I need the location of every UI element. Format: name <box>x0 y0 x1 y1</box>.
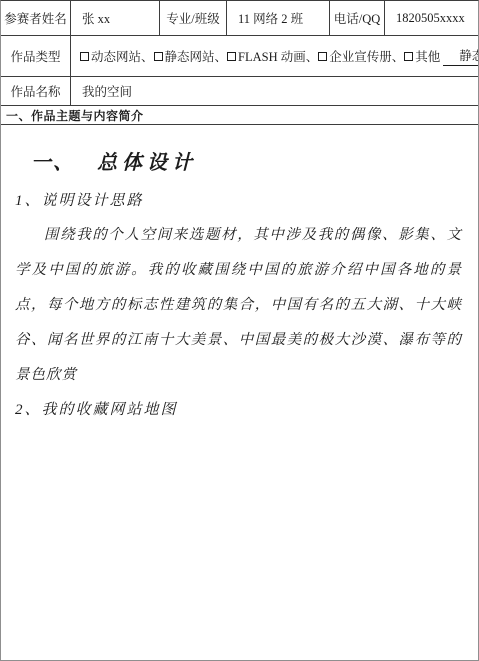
work-title-value: 我的空间 <box>71 77 478 105</box>
work-type-option-0[interactable]: 动态网站、 <box>80 47 154 65</box>
work-type-option-label: 企业宣传册、 <box>329 47 404 65</box>
phone-value: 1820505xxxx <box>385 1 478 35</box>
heading-title: 总体设计 <box>97 146 197 175</box>
document-body: 一、 总体设计 1、说明设计思路 围绕我的个人空间来选题材，其中涉及我的偶像、影… <box>1 125 478 661</box>
table-row-work-type: 作品类型 动态网站、静态网站、FLASH 动画、企业宣传册、其他静态网页 <box>1 36 478 77</box>
work-type-option-2[interactable]: FLASH 动画、 <box>227 47 318 65</box>
other-type-blank[interactable]: 静态网页 <box>443 46 478 66</box>
work-type-option-label: FLASH 动画、 <box>238 47 318 65</box>
class-value: 11 网络 2 班 <box>227 1 330 35</box>
work-type-option-label: 动态网站、 <box>91 47 154 65</box>
checkbox-icon[interactable] <box>318 52 327 61</box>
document-page: 参赛者姓名 张 xx 专业/班级 11 网络 2 班 电话/QQ 1820505… <box>0 0 479 661</box>
work-type-option-3[interactable]: 企业宣传册、 <box>318 47 404 65</box>
work-type-option-4[interactable]: 其他 <box>404 47 440 65</box>
name-value: 张 xx <box>71 1 160 35</box>
work-type-options: 动态网站、静态网站、FLASH 动画、企业宣传册、其他静态网页 <box>71 36 478 76</box>
body-heading: 一、 总体设计 <box>31 146 462 175</box>
heading-number: 一、 <box>31 146 75 175</box>
body-item-1: 1、说明设计思路 <box>15 189 462 213</box>
checkbox-icon[interactable] <box>80 52 89 61</box>
table-row-work-title: 作品名称 我的空间 <box>1 77 478 106</box>
work-type-option-1[interactable]: 静态网站、 <box>154 47 228 65</box>
work-type-label: 作品类型 <box>1 36 71 76</box>
work-title-label: 作品名称 <box>1 77 71 105</box>
work-type-option-label: 静态网站、 <box>165 47 228 65</box>
name-label: 参赛者姓名 <box>1 1 71 35</box>
body-paragraph: 围绕我的个人空间来选题材，其中涉及我的偶像、影集、文学及中国的旅游。我的收藏围绕… <box>15 218 462 393</box>
table-row-basic-info: 参赛者姓名 张 xx 专业/班级 11 网络 2 班 电话/QQ 1820505… <box>1 1 478 36</box>
phone-label: 电话/QQ <box>330 1 385 35</box>
work-type-option-label: 其他 <box>415 47 440 65</box>
checkbox-icon[interactable] <box>404 52 413 61</box>
body-item-2: 2、我的收藏网站地图 <box>15 393 462 428</box>
checkbox-icon[interactable] <box>227 52 236 61</box>
entry-info-table: 参赛者姓名 张 xx 专业/班级 11 网络 2 班 电话/QQ 1820505… <box>1 1 478 125</box>
section-header: 一、作品主题与内容简介 <box>1 106 478 125</box>
checkbox-icon[interactable] <box>154 52 163 61</box>
class-label: 专业/班级 <box>160 1 227 35</box>
